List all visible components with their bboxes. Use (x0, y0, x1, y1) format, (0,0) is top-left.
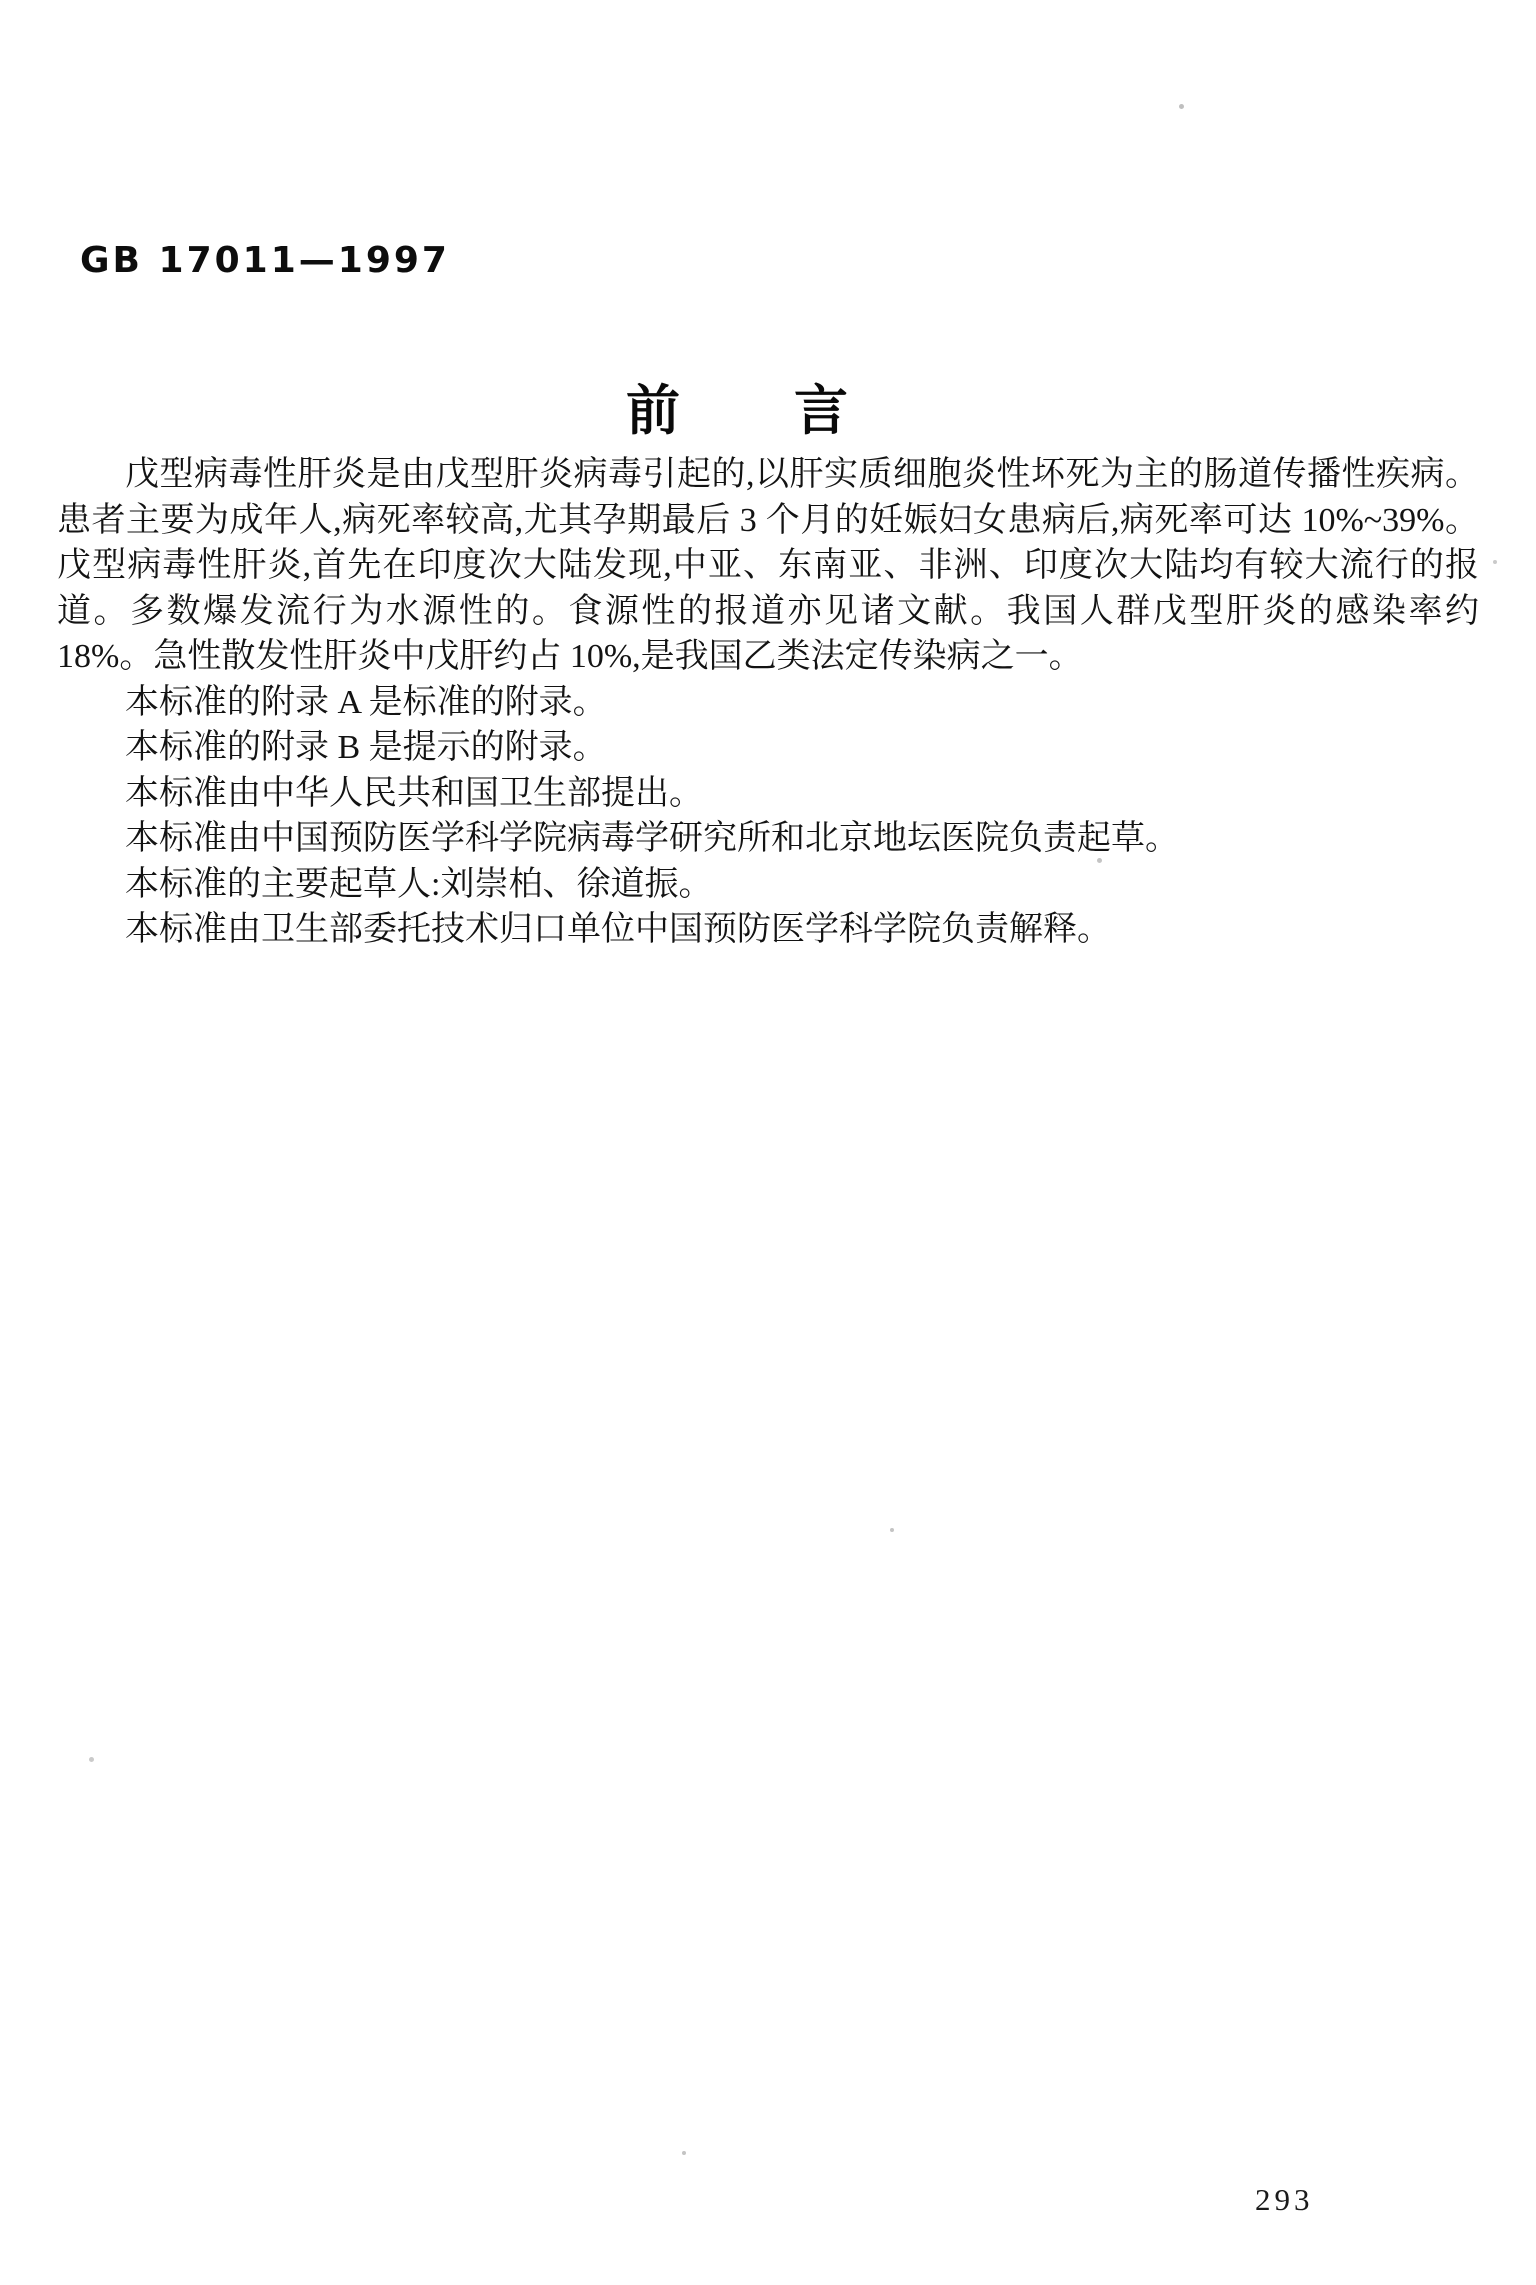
foreword-paragraph: 戊型病毒性肝炎是由戊型肝炎病毒引起的,以肝实质细胞炎性坏死为主的肠道传播性疾病。… (57, 452, 1479, 680)
foreword-line-drafted-by: 本标准由中国预防医学科学院病毒学研究所和北京地坛医院负责起草。 (57, 816, 1479, 862)
foreword-line-drafters: 本标准的主要起草人:刘崇柏、徐道振。 (57, 862, 1479, 908)
standard-code: GB 17011—1997 (80, 240, 450, 281)
document-page: GB 17011—1997 前 言 戊型病毒性肝炎是由戊型肝炎病毒引起的,以肝实… (0, 0, 1536, 2285)
scan-speck (1493, 560, 1497, 564)
foreword-body: 戊型病毒性肝炎是由戊型肝炎病毒引起的,以肝实质细胞炎性坏死为主的肠道传播性疾病。… (57, 452, 1479, 953)
foreword-line-appendix-b: 本标准的附录 B 是提示的附录。 (57, 725, 1479, 771)
scan-speck (1097, 858, 1102, 863)
scan-speck (682, 2151, 686, 2155)
foreword-line-proposed-by: 本标准由中华人民共和国卫生部提出。 (57, 771, 1479, 817)
page-title: 前 言 (0, 368, 1476, 445)
foreword-line-appendix-a: 本标准的附录 A 是标准的附录。 (57, 680, 1479, 726)
scan-speck (890, 1528, 894, 1532)
scan-speck (89, 1757, 94, 1762)
page-number: 293 (1255, 2182, 1314, 2218)
foreword-line-interpreted-by: 本标准由卫生部委托技术归口单位中国预防医学科学院负责解释。 (57, 907, 1479, 953)
scan-speck (1179, 104, 1184, 109)
